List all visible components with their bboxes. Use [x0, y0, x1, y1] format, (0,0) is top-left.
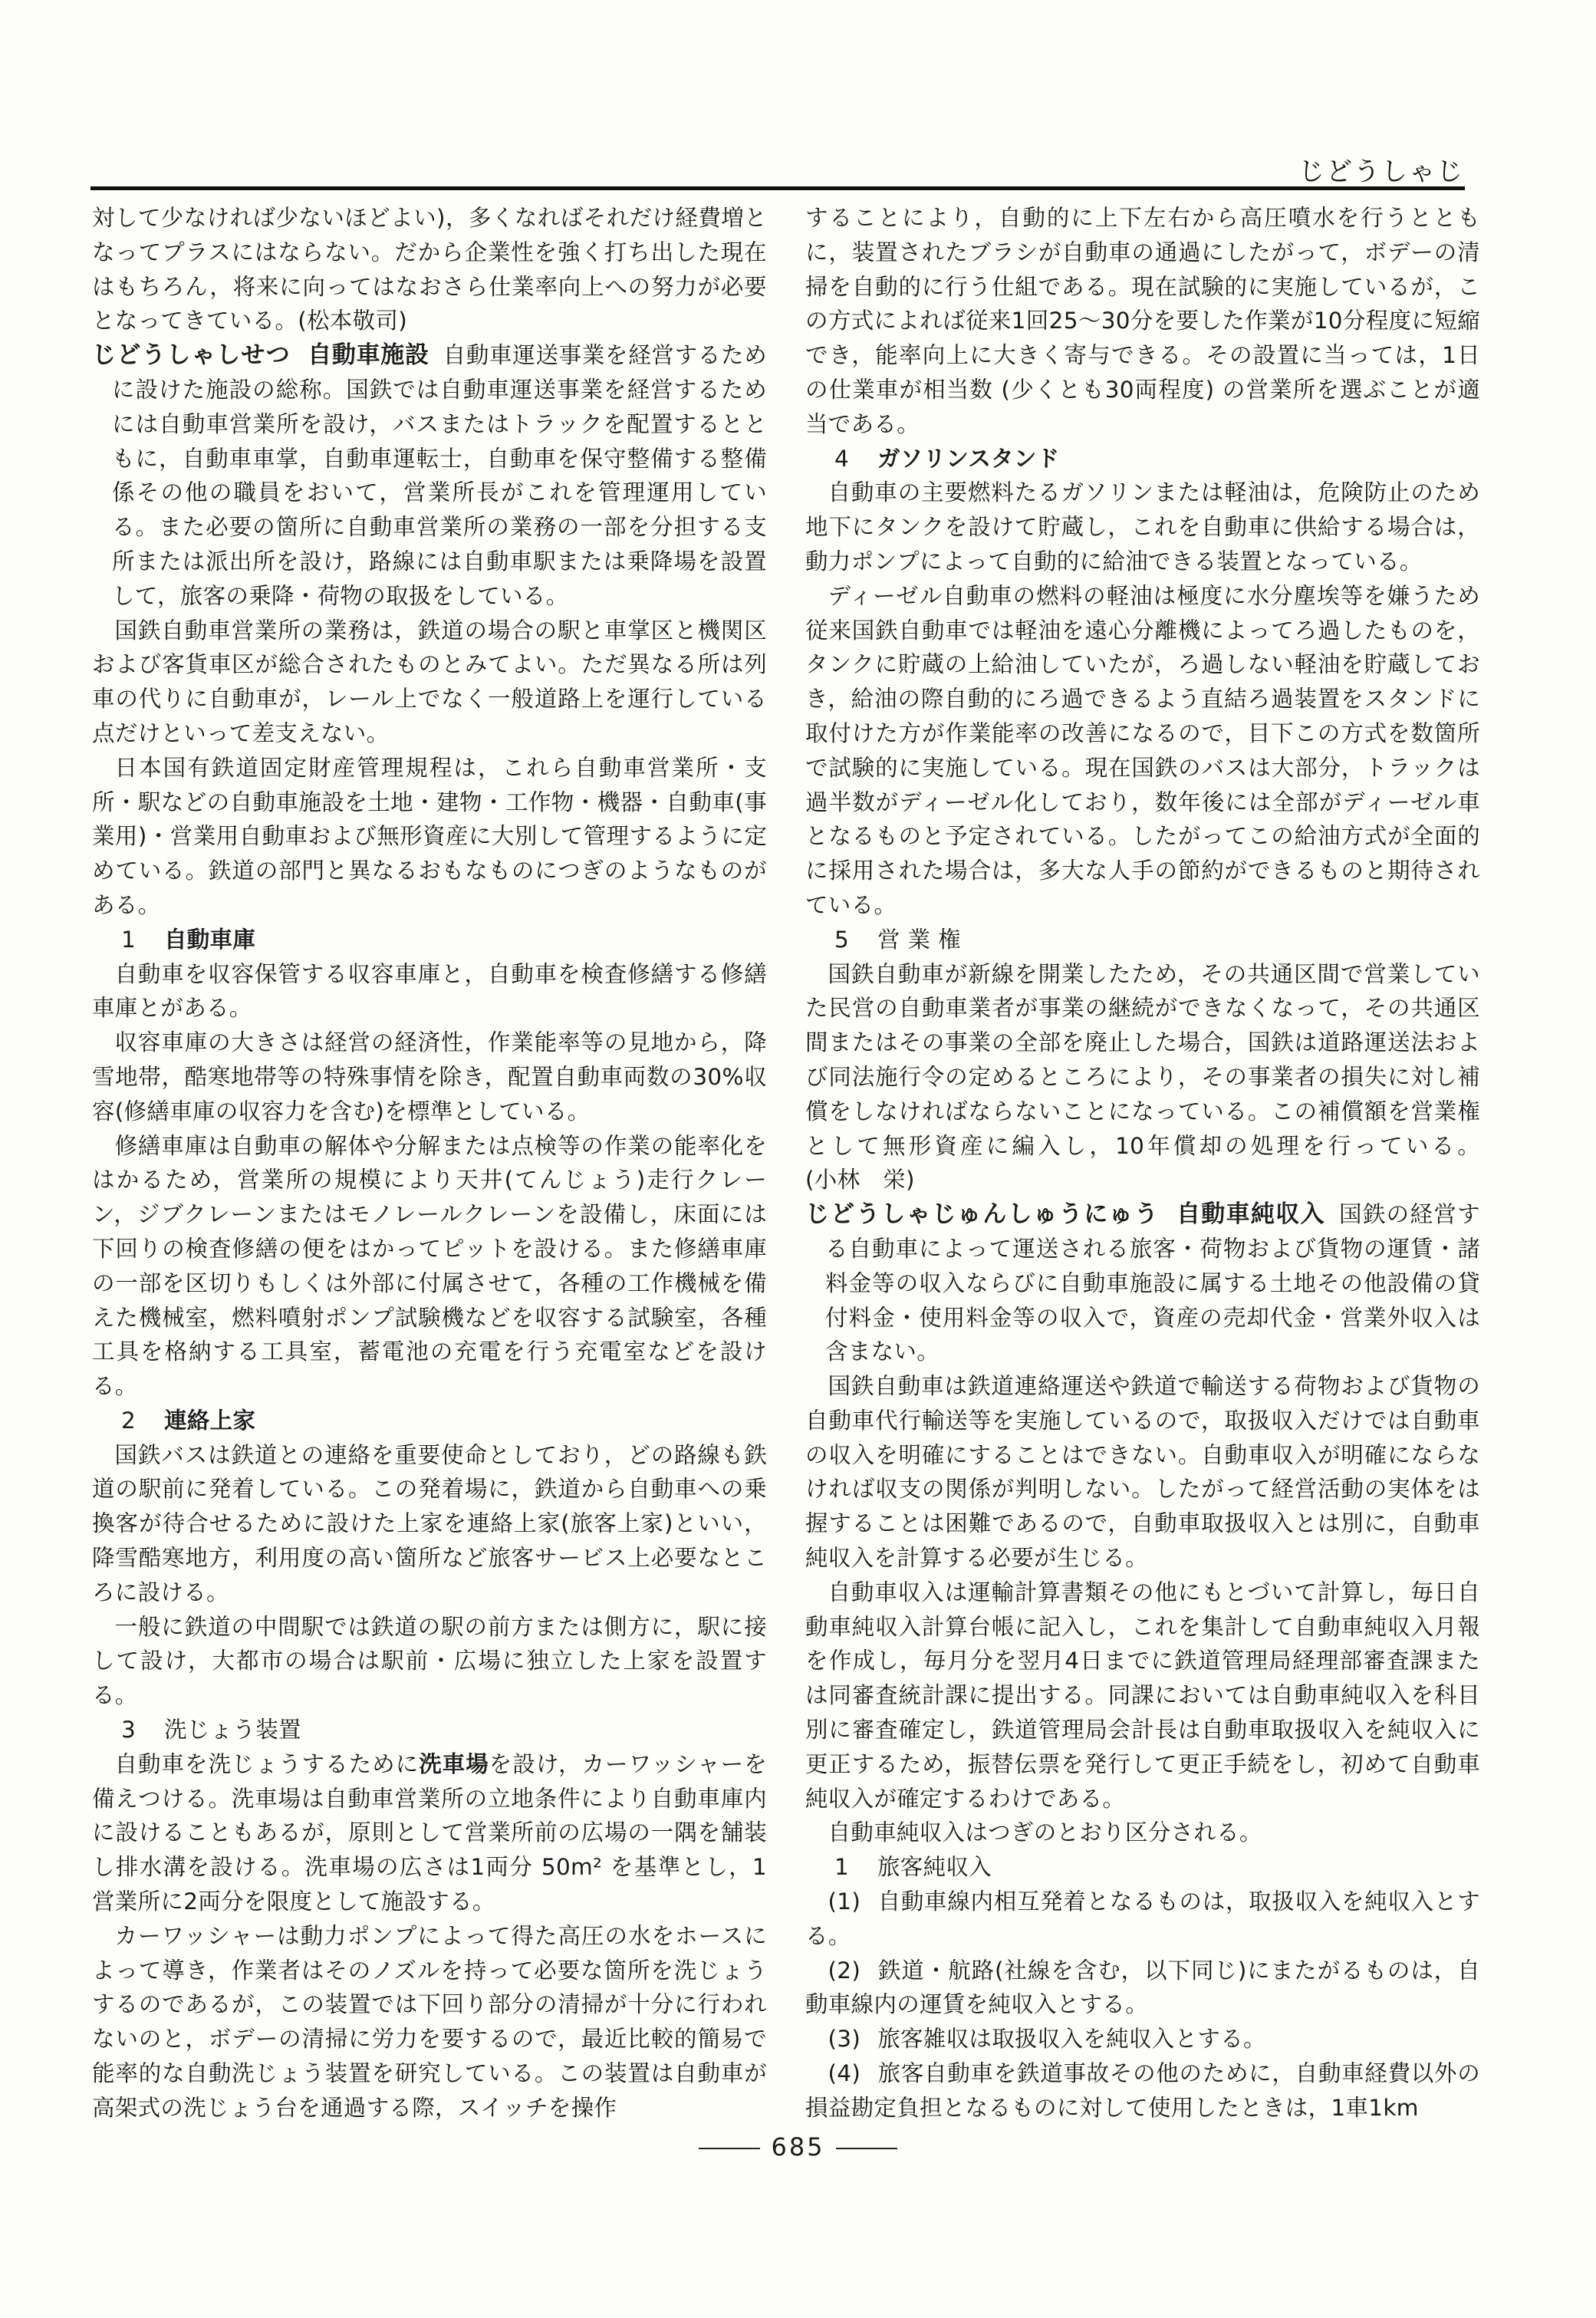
- paragraph: 日本国有鉄道固定財産管理規程は，これら自動車営業所・支所・駅などの自動車施設を土…: [92, 751, 767, 923]
- dictionary-entry-jidousha-shisetsu: じどうしゃしせつ自動車施設自動車運送事業を経営するために設けた施設の総称。国鉄で…: [92, 338, 767, 613]
- continuation-paragraph: 対して少なければ少ないほどよい)，多くなればそれだけ経費増となってプラスにはなら…: [92, 201, 767, 338]
- page-number-footer: 685: [0, 2132, 1596, 2162]
- paragraph: 修繕車庫は自動車の解体や分解または点検等の作業の能率化をはかるため，営業所の規模…: [92, 1129, 767, 1404]
- dictionary-entry-jidousha-junshuunyuu: じどうしゃじゅんしゅうにゅう自動車純収入国鉄の経営する自動車によって運送される旅…: [805, 1197, 1480, 1369]
- numbered-item: (4)旅客自動車を鉄道事故その他のために，自動車経費以外の損益勘定負担となるもの…: [805, 2056, 1480, 2125]
- section-heading: 2連絡上家: [92, 1404, 767, 1438]
- paragraph: 自動車を洗じょうするために洗車場を設け，カーワッシャーを備えつける。洗車場は自動…: [92, 1747, 767, 1919]
- right-column: することにより，自動的に上下左右から高圧噴水を行うとともに，装置されたブラシが自…: [805, 201, 1480, 2125]
- section-heading: 5営 業 権: [805, 923, 1480, 957]
- page-number: 685: [771, 2132, 824, 2162]
- section-heading: 4ガソリンスタンド: [805, 442, 1480, 476]
- continuation-paragraph: することにより，自動的に上下左右から高圧噴水を行うとともに，装置されたブラシが自…: [805, 201, 1480, 442]
- entry-definition: 自動車運送事業を経営するために設けた施設の総称。国鉄では自動車運送事業を経営する…: [112, 342, 767, 609]
- paragraph: 国鉄自動車は鉄道連絡運送や鉄道で輸送する荷物および貨物の自動車代行輸送等を実施し…: [805, 1369, 1480, 1576]
- paragraph: カーワッシャーは動力ポンプによって得た高圧の水をホースによって導き，作業者はその…: [92, 1919, 767, 2125]
- paragraph: ディーゼル自動車の燃料の軽油は極度に水分塵埃等を嫌うため従来国鉄自動車では軽油を…: [805, 579, 1480, 923]
- subsection-heading: 1旅客純収入: [805, 1850, 1480, 1885]
- entry-kanji-term: 自動車純収入: [1176, 1200, 1325, 1228]
- paragraph: 国鉄自動車が新線を開業したため，その共通区間で営業していた民営の自動車業者が事業…: [805, 957, 1480, 1198]
- paragraph: 自動車を収容保管する収容車庫と，自動車を検査修繕する修繕車庫とがある。: [92, 957, 767, 1026]
- paragraph: 一般に鉄道の中間駅では鉄道の駅の前方または側方に，駅に接して設け，大都市の場合は…: [92, 1610, 767, 1713]
- paragraph: 国鉄自動車営業所の業務は，鉄道の場合の駅と車掌区と機関区および客貨車区が総合され…: [92, 614, 767, 751]
- author-credit: (小林 栄): [805, 1167, 915, 1193]
- author-credit: (松本敬司): [298, 308, 407, 334]
- numbered-item: (2)鉄道・航路(社線を含む，以下同じ)にまたがるものは，自動車線内の運賃を純収…: [805, 1954, 1480, 2023]
- entry-headword: じどうしゃしせつ: [92, 341, 291, 369]
- left-column: 対して少なければ少ないほどよい)，多くなればそれだけ経費増となってプラスにはなら…: [92, 201, 767, 2125]
- emphasized-term: 洗車場: [419, 1751, 489, 1777]
- folio-dash-right: [836, 2148, 897, 2149]
- header-rule: [90, 186, 1465, 190]
- paragraph: 国鉄バスは鉄道との連絡を重要使命としており，どの路線も鉄道の駅前に発着している。…: [92, 1438, 767, 1610]
- paragraph: 自動車の主要燃料たるガソリンまたは軽油は，危険防止のため地下にタンクを設けて貯蔵…: [805, 476, 1480, 578]
- paragraph: 自動車収入は運輸計算書類その他にもとづいて計算し，毎日自動車純収入計算台帳に記入…: [805, 1576, 1480, 1816]
- section-heading: 3洗じょう装置: [92, 1713, 767, 1747]
- paragraph: 自動車純収入はつぎのとおり区分される。: [805, 1816, 1480, 1850]
- paragraph: 収容車庫の大きさは経営の経済性，作業能率等の見地から，降雪地帯，酷寒地帯等の特殊…: [92, 1026, 767, 1128]
- running-head: じどうしゃじ: [1298, 150, 1464, 188]
- entry-headword: じどうしゃじゅんしゅうにゅう: [805, 1200, 1160, 1228]
- folio-dash-left: [699, 2148, 760, 2149]
- numbered-item: (3)旅客雑収は取扱収入を純収入とする。: [805, 2022, 1480, 2056]
- section-heading: 1自動車庫: [92, 923, 767, 957]
- numbered-item: (1)自動車線内相互発着となるものは，取扱収入を純収入とする。: [805, 1885, 1480, 1954]
- entry-kanji-term: 自動車施設: [308, 341, 429, 369]
